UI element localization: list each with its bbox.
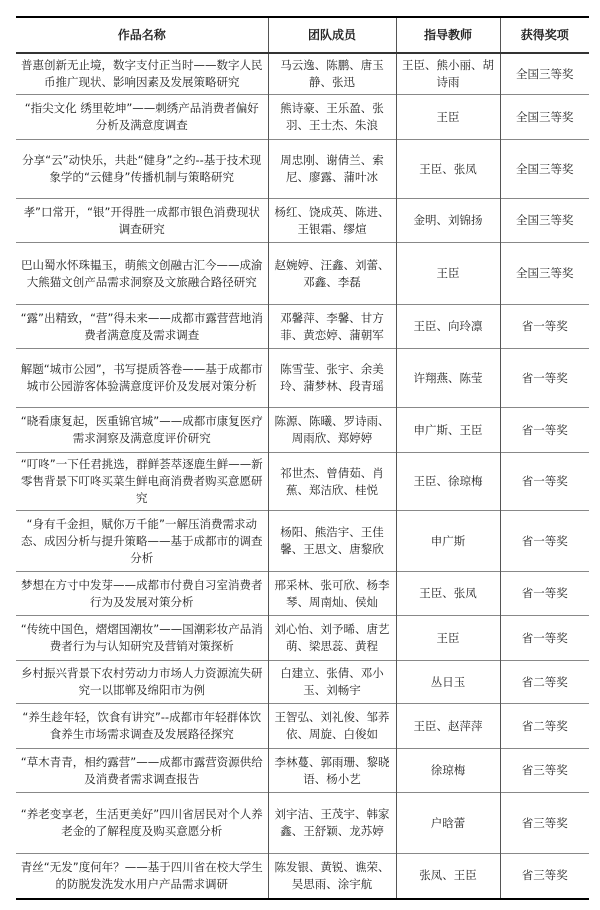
cell-title: “晓看康复起，医重锦官城”——成都市康复医疗需求洞察及满意度评价研究: [16, 408, 268, 453]
cell-title: 分享“云”动快乐，共赴“健身”之约--基于技术现象学的“云健身”传播机制与策略研…: [16, 140, 268, 199]
table-row: “养老变享老，生活更美好”四川省居民对个人养老金的了解程度及购买意愿分析刘宇洁、…: [16, 793, 589, 854]
cell-title: 梦想在方寸中发芽——成都市付费自习室消费者行为及发展对策分析: [16, 572, 268, 616]
cell-members: 邢采林、张可欣、杨李琴、周南灿、侯灿: [268, 572, 396, 616]
cell-members: 杨红、饶成英、陈进、王银霜、缪煊: [268, 199, 396, 243]
cell-title: 乡村振兴背景下农村劳动力市场人力资源流失研究一以邯郸及绵阳市为例: [16, 661, 268, 704]
table-row: 孝”口常开，“银”开得胜一成都市银色消费现状调查研究杨红、饶成英、陈进、王银霜、…: [16, 199, 589, 243]
cell-title: “叮咚”一下任君挑选，群鲜荟萃逐鹿生鲜——新零售背景下叮咚买菜生鲜电商消费者购买…: [16, 453, 268, 511]
cell-advisors: 申广斯、王臣: [396, 408, 500, 453]
cell-award: 省一等奖: [500, 453, 589, 511]
cell-advisors: 丛日玉: [396, 661, 500, 704]
cell-members: 周忠刚、谢倩兰、索尼、廖露、蒲叶冰: [268, 140, 396, 199]
cell-members: 熊诗豪、王乐盈、张羽、王士杰、朱浪: [268, 95, 396, 140]
cell-award: 全国三等奖: [500, 140, 589, 199]
table-row: “草木青青，相约露营”——成都市露营资源供给及消费者需求调查报告李林蔓、郭雨珊、…: [16, 749, 589, 793]
cell-advisors: 王臣、张凤: [396, 140, 500, 199]
cell-award: 省三等奖: [500, 749, 589, 793]
cell-members: 刘心怡、刘予晞、唐艺萌、梁思蕊、黄程: [268, 616, 396, 661]
cell-advisors: 王臣: [396, 616, 500, 661]
table-row: 梦想在方寸中发芽——成都市付费自习室消费者行为及发展对策分析邢采林、张可欣、杨李…: [16, 572, 589, 616]
cell-award: 省一等奖: [500, 408, 589, 453]
cell-advisors: 王臣、张凤: [396, 572, 500, 616]
table-row: 巴山蜀水怀珠韫玉，萌熊文创融古汇今——成渝大熊猫文创产品需求洞察及文旅融合路径研…: [16, 243, 589, 305]
header-award: 获得奖项: [500, 17, 589, 53]
cell-award: 全国三等奖: [500, 53, 589, 95]
cell-advisors: 徐琼梅: [396, 749, 500, 793]
cell-award: 省一等奖: [500, 572, 589, 616]
cell-award: 省二等奖: [500, 661, 589, 704]
table-body: 普惠创新无止境，数字支付正当时——数字人民币推广现状、影响因素及发展策略研究马云…: [16, 53, 589, 899]
cell-advisors: 申广斯: [396, 511, 500, 572]
table-row: 分享“云”动快乐，共赴“健身”之约--基于技术现象学的“云健身”传播机制与策略研…: [16, 140, 589, 199]
cell-members: 赵婉婷、汪鑫、刘蕾、邓鑫、李磊: [268, 243, 396, 305]
header-members: 团队成员: [268, 17, 396, 53]
cell-members: 白建立、张倩、邓小玉、刘畅宇: [268, 661, 396, 704]
table-row: “露”出精致，“营”得未来——成都市露营营地消费者满意度及需求调查邓馨萍、李馨、…: [16, 305, 589, 349]
header-advisors: 指导教师: [396, 17, 500, 53]
cell-members: 刘宇洁、王茂宇、韩家鑫、王舒颖、龙苏婷: [268, 793, 396, 854]
cell-award: 全国三等奖: [500, 199, 589, 243]
cell-advisors: 王臣、向玲凛: [396, 305, 500, 349]
table-row: 青丝“无发”度何年？——基于四川省在校大学生的防脱发洗发水用户产品需求调研陈发银…: [16, 854, 589, 899]
cell-advisors: 王臣、熊小丽、胡诗雨: [396, 53, 500, 95]
cell-title: “传统中国色，熠熠国潮妆”——国潮彩妆产品消费者行为与认知研究及营销对策探析: [16, 616, 268, 661]
cell-members: 王智弘、刘礼俊、邹荞依、周旋、白俊如: [268, 704, 396, 749]
table-row: 乡村振兴背景下农村劳动力市场人力资源流失研究一以邯郸及绵阳市为例白建立、张倩、邓…: [16, 661, 589, 704]
cell-award: 全国三等奖: [500, 243, 589, 305]
cell-award: 省一等奖: [500, 305, 589, 349]
cell-advisors: 许翔燕、陈莹: [396, 349, 500, 408]
table-row: 解题“城市公园”，书写提质答卷——基于成都市城市公园游客体验满意度评价及发展对策…: [16, 349, 589, 408]
table-row: 普惠创新无止境，数字支付正当时——数字人民币推广现状、影响因素及发展策略研究马云…: [16, 53, 589, 95]
awards-table: 作品名称 团队成员 指导教师 获得奖项 普惠创新无止境，数字支付正当时——数字人…: [16, 16, 589, 900]
cell-title: “草木青青，相约露营”——成都市露营资源供给及消费者需求调查报告: [16, 749, 268, 793]
cell-advisors: 王臣: [396, 243, 500, 305]
cell-title: 巴山蜀水怀珠韫玉，萌熊文创融古汇今——成渝大熊猫文创产品需求洞察及文旅融合路径研…: [16, 243, 268, 305]
cell-award: 省一等奖: [500, 616, 589, 661]
header-title: 作品名称: [16, 17, 268, 53]
cell-advisors: 张凤、王臣: [396, 854, 500, 899]
cell-members: 马云逸、陈鹏、唐玉静、张迅: [268, 53, 396, 95]
table-row: “身有千金担，赋你万千能”一解压消费需求动态、成因分析与提升策略——基于成都市的…: [16, 511, 589, 572]
cell-members: 陈源、陈曦、罗诗雨、周雨欣、郑婷婷: [268, 408, 396, 453]
cell-members: 陈发银、黄锐、谯荣、吴思雨、涂宇航: [268, 854, 396, 899]
cell-award: 省三等奖: [500, 793, 589, 854]
cell-members: 陈雪莹、张宇、余美玲、蒲梦林、段青瑶: [268, 349, 396, 408]
cell-members: 邓馨萍、李馨、甘方菲、黄恋婷、蒲朝军: [268, 305, 396, 349]
table-row: “晓看康复起，医重锦官城”——成都市康复医疗需求洞察及满意度评价研究陈源、陈曦、…: [16, 408, 589, 453]
cell-title: 孝”口常开，“银”开得胜一成都市银色消费现状调查研究: [16, 199, 268, 243]
table-row: “指尖文化 绣里乾坤”——刺绣产品消费者偏好分析及满意度调查熊诗豪、王乐盈、张羽…: [16, 95, 589, 140]
cell-award: 省一等奖: [500, 349, 589, 408]
cell-title: “指尖文化 绣里乾坤”——刺绣产品消费者偏好分析及满意度调查: [16, 95, 268, 140]
cell-award: 全国三等奖: [500, 95, 589, 140]
header-row: 作品名称 团队成员 指导教师 获得奖项: [16, 17, 589, 53]
cell-members: 祁世杰、曾倩茹、肖蕉、郑洁欣、桂悦: [268, 453, 396, 511]
cell-advisors: 王臣、徐琼梅: [396, 453, 500, 511]
cell-award: 省三等奖: [500, 854, 589, 899]
cell-title: “养生趁年轻，饮食有讲究”--成都市年轻群体饮食养生市场需求调查及发展路径探究: [16, 704, 268, 749]
table-row: “传统中国色，熠熠国潮妆”——国潮彩妆产品消费者行为与认知研究及营销对策探析刘心…: [16, 616, 589, 661]
cell-award: 省一等奖: [500, 511, 589, 572]
cell-title: “养老变享老，生活更美好”四川省居民对个人养老金的了解程度及购买意愿分析: [16, 793, 268, 854]
cell-title: 青丝“无发”度何年？——基于四川省在校大学生的防脱发洗发水用户产品需求调研: [16, 854, 268, 899]
table-row: “养生趁年轻，饮食有讲究”--成都市年轻群体饮食养生市场需求调查及发展路径探究王…: [16, 704, 589, 749]
cell-advisors: 王臣: [396, 95, 500, 140]
table-row: “叮咚”一下任君挑选，群鲜荟萃逐鹿生鲜——新零售背景下叮咚买菜生鲜电商消费者购买…: [16, 453, 589, 511]
cell-advisors: 王臣、赵萍萍: [396, 704, 500, 749]
cell-advisors: 户晗蕾: [396, 793, 500, 854]
cell-award: 省二等奖: [500, 704, 589, 749]
cell-title: “身有千金担，赋你万千能”一解压消费需求动态、成因分析与提升策略——基于成都市的…: [16, 511, 268, 572]
cell-members: 李林蔓、郭雨珊、黎晓语、杨小艺: [268, 749, 396, 793]
cell-title: “露”出精致，“营”得未来——成都市露营营地消费者满意度及需求调查: [16, 305, 268, 349]
cell-title: 普惠创新无止境，数字支付正当时——数字人民币推广现状、影响因素及发展策略研究: [16, 53, 268, 95]
cell-members: 杨阳、熊浩宇、王佳馨、王思文、唐黎欣: [268, 511, 396, 572]
cell-title: 解题“城市公园”，书写提质答卷——基于成都市城市公园游客体验满意度评价及发展对策…: [16, 349, 268, 408]
cell-advisors: 金明、刘锦扬: [396, 199, 500, 243]
table-header: 作品名称 团队成员 指导教师 获得奖项: [16, 17, 589, 53]
